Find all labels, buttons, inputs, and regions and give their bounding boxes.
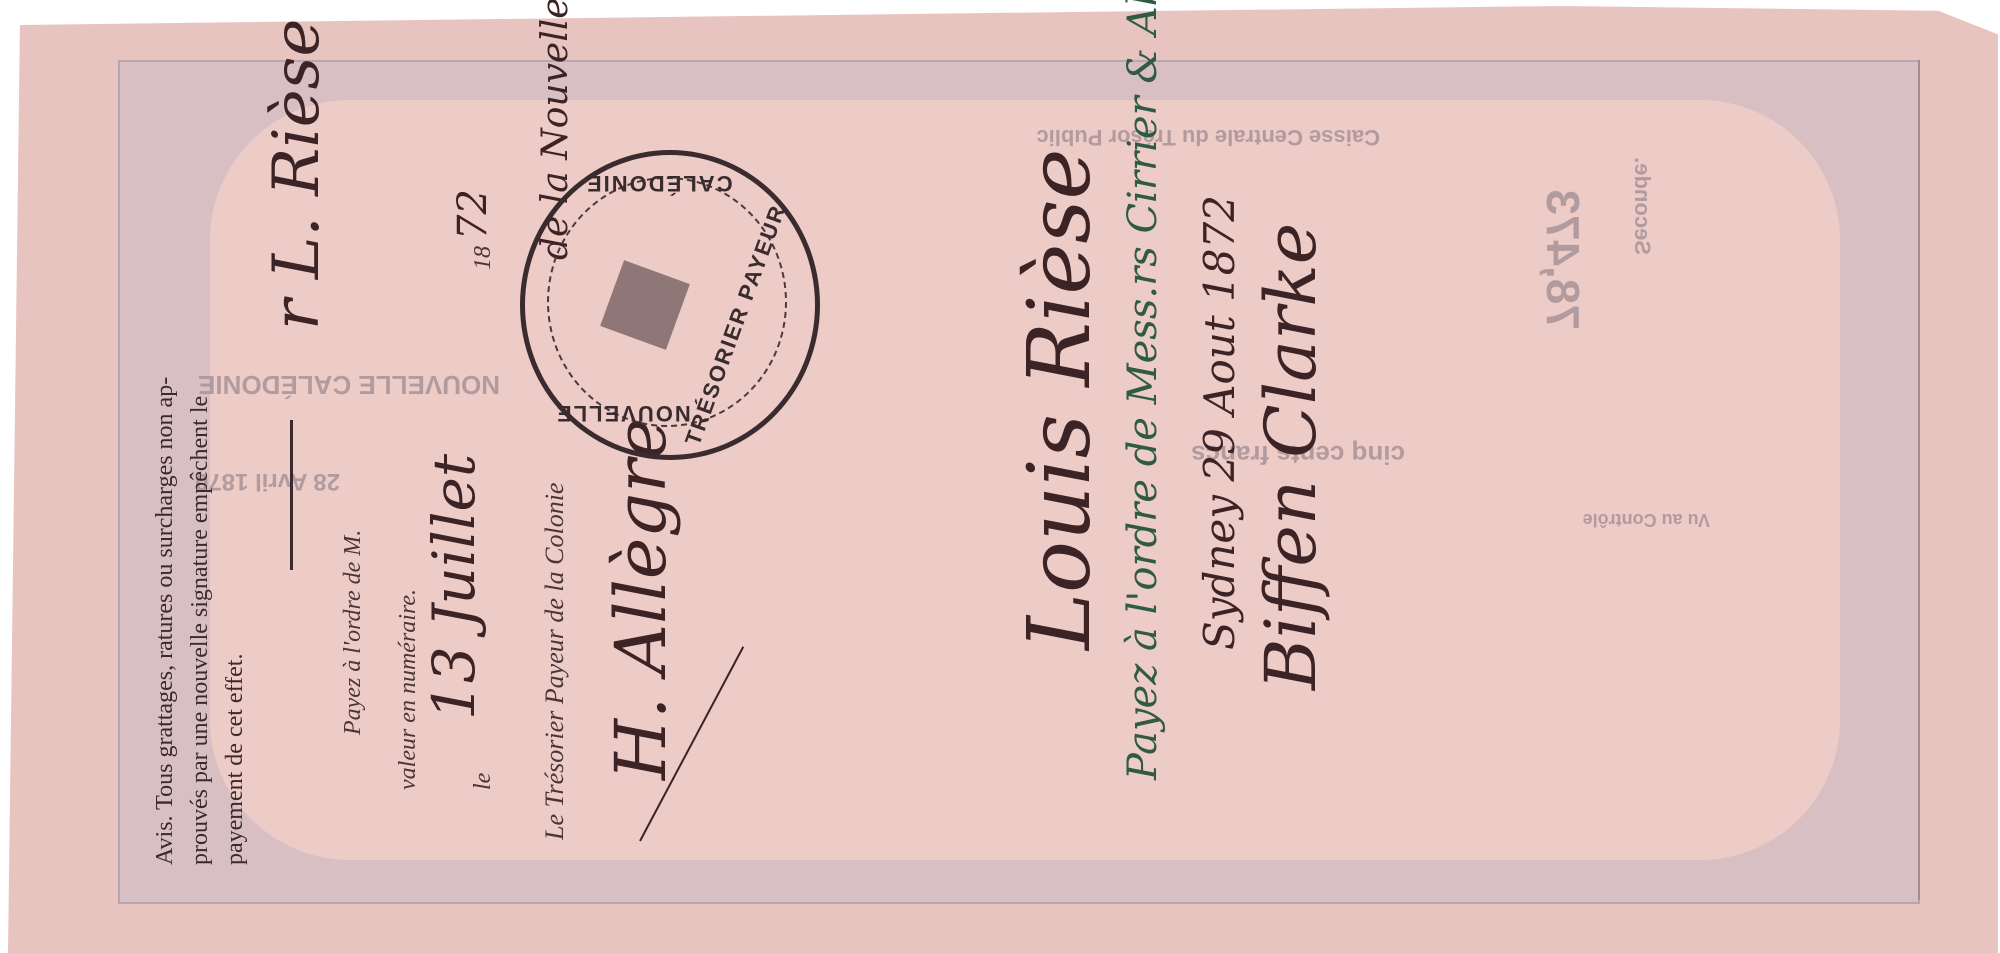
stamp-top-text: CALÉDONIE [585, 170, 733, 196]
green-endorsement: Payez à l'ordre de Mess.rs Cirrier & Abb… [1120, 0, 1166, 780]
date-handwritten: 13 Juillet [420, 454, 488, 720]
sydney-date: Sydney 29 Aout 1872 [1195, 195, 1244, 650]
endorser-signature: Louis Rièse [1010, 149, 1110, 650]
ghost-serial-number: 78,473 [1536, 189, 1590, 330]
stamp-left-text: NOUVELLE [555, 400, 691, 426]
ghost-series-label: Seconde. [1629, 157, 1655, 255]
date-prefix: le [470, 773, 497, 790]
ghost-header-text: Caisse Centrale du Trésor Public [1036, 124, 1380, 150]
value-label: valeur en numéraire. [395, 589, 422, 790]
final-signature: Biffen Clarke [1250, 223, 1332, 690]
payee-handwritten: r L. Rièse [260, 19, 334, 330]
ghost-date-text: 28 Avril 1870 [195, 467, 340, 495]
ghost-footer-text: Vu au Contrôle [1583, 509, 1710, 530]
notice-line-1: Avis. Tous grattages, ratures ou surchar… [150, 377, 180, 865]
ghost-place-text: NOUVELLE CALÉDONIE [198, 369, 500, 400]
year-prefix: 18 [470, 246, 497, 270]
treasurer-title: Le Trésorier Payeur de la Colonie [540, 483, 570, 840]
pay-to-order-label: Payez à l'ordre de M. [340, 530, 367, 735]
notice-line-3: payement de cet effet. [220, 654, 250, 865]
treasurer-signature: H. Allègre [600, 418, 682, 780]
notice-line-2: prouvés par une nouvelle signature empêc… [185, 396, 215, 865]
stub-perforation-line [1918, 60, 1920, 900]
separator-rule [290, 420, 293, 570]
year-handwritten: 72 [450, 189, 496, 240]
